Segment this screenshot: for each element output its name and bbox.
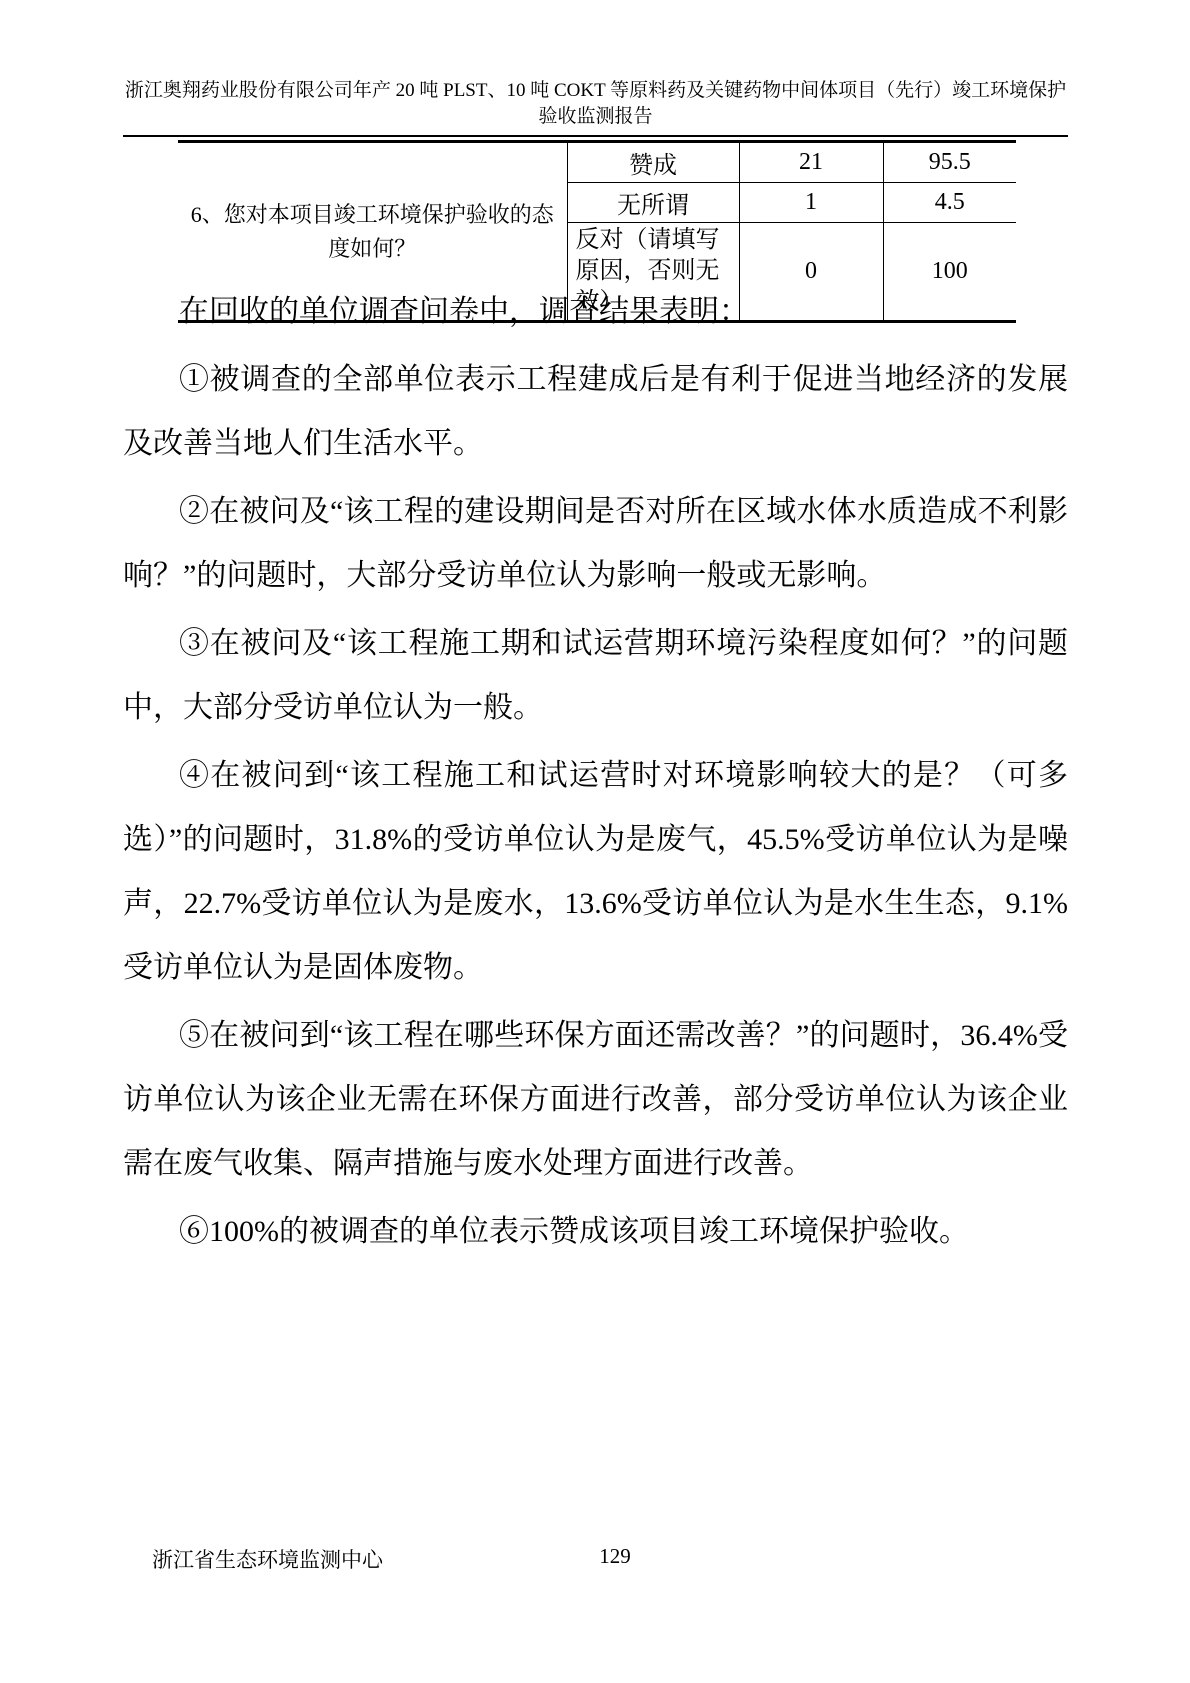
body-paragraph: ③在被问及“该工程施工期和试运营期环境污染程度如何？”的问题中，大部分受访单位认… [123,612,1068,740]
percent-cell: 95.5 [883,142,1016,183]
option-cell: 赞成 [567,142,739,183]
body-paragraph: 在回收的单位调查问卷中，调查结果表明： [123,280,1068,344]
footer-page-number: 129 [40,1544,1190,1569]
body-paragraph: ①被调查的全部单位表示工程建成后是有利于促进当地经济的发展及改善当地人们生活水平… [123,348,1068,476]
body-paragraph: ⑤在被问到“该工程在哪些环保方面还需改善？”的问题时，36.4%受访单位认为该企… [123,1004,1068,1196]
body-text: 在回收的单位调查问卷中，调查结果表明： ①被调查的全部单位表示工程建成后是有利于… [123,280,1068,1268]
option-cell: 无所谓 [567,183,739,223]
table-row: 6、您对本项目竣工环境保护验收的态度如何？ 赞成 21 95.5 [178,142,1016,183]
body-paragraph: ②在被问及“该工程的建设期间是否对所在区域水体水质造成不利影响？”的问题时，大部… [123,480,1068,608]
document-page: 浙江奥翔药业股份有限公司年产 20 吨 PLST、10 吨 COKT 等原料药及… [0,0,1190,1683]
count-cell: 1 [739,183,883,223]
page-header-title: 浙江奥翔药业股份有限公司年产 20 吨 PLST、10 吨 COKT 等原料药及… [123,78,1068,137]
body-paragraph: ⑥100%的被调查的单位表示赞成该项目竣工环境保护验收。 [123,1200,1068,1264]
percent-cell: 4.5 [883,183,1016,223]
count-cell: 21 [739,142,883,183]
body-paragraph: ④在被问到“该工程施工和试运营时对环境影响较大的是？（可多选）”的问题时，31.… [123,744,1068,1000]
